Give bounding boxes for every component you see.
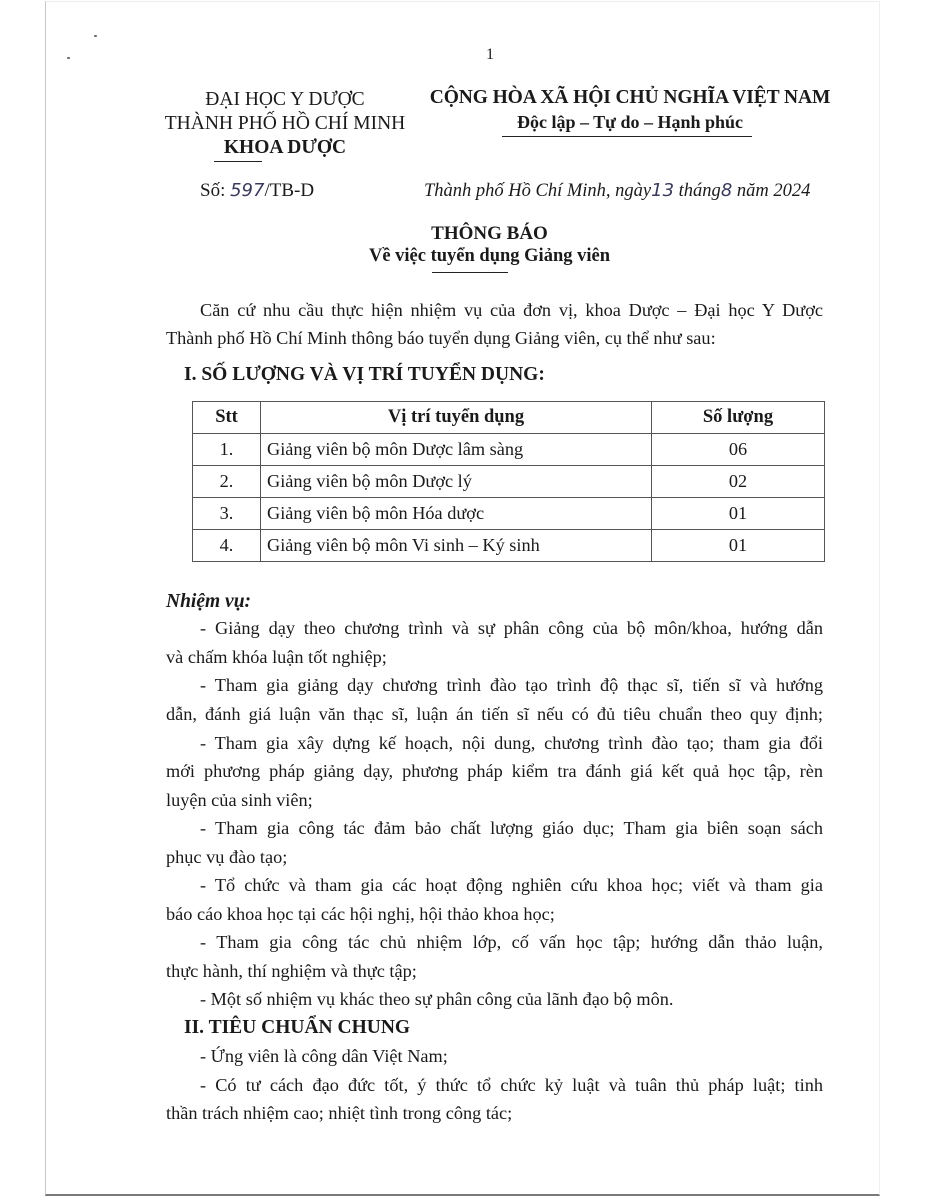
duty-line: dẫn, đánh giá luận văn thạc sĩ, luận án … bbox=[166, 704, 823, 725]
issuing-organization: ĐẠI HỌC Y DƯỢC THÀNH PHỐ HỒ CHÍ MINH KHO… bbox=[140, 88, 430, 160]
table-row: 2. Giảng viên bộ môn Dược lý 02 bbox=[193, 466, 825, 498]
motto-underline bbox=[502, 136, 752, 137]
duties-heading: Nhiệm vụ: bbox=[166, 591, 251, 613]
duty-line: - Một số nhiệm vụ khác theo sự phân công… bbox=[200, 989, 673, 1010]
cell-stt: 2. bbox=[193, 466, 261, 498]
duty-line: luyện của sinh viên; bbox=[166, 790, 313, 811]
faculty-underline bbox=[214, 161, 262, 162]
duty-line: - Giảng dạy theo chương trình và sự phân… bbox=[200, 618, 823, 639]
duty-line: báo cáo khoa học tại các hội nghị, hội t… bbox=[166, 904, 555, 925]
cell-position: Giảng viên bộ môn Hóa dược bbox=[261, 498, 652, 530]
cell-quantity: 01 bbox=[652, 530, 825, 562]
table-row: 1. Giảng viên bộ môn Dược lâm sàng 06 bbox=[193, 434, 825, 466]
subtitle-underline bbox=[432, 272, 508, 273]
org-city: THÀNH PHỐ HỒ CHÍ MINH bbox=[140, 112, 430, 136]
table-row: 4. Giảng viên bộ môn Vi sinh – Ký sinh 0… bbox=[193, 530, 825, 562]
document-date: Thành phố Hồ Chí Minh, ngày13 tháng8 năm… bbox=[424, 180, 810, 202]
section-1-heading: I. SỐ LƯỢNG VÀ VỊ TRÍ TUYỂN DỤNG: bbox=[184, 364, 545, 386]
document-title: THÔNG BÁO bbox=[0, 223, 927, 245]
cell-position: Giảng viên bộ môn Dược lâm sàng bbox=[261, 434, 652, 466]
intro-line: Thành phố Hồ Chí Minh thông báo tuyển dụ… bbox=[166, 328, 716, 349]
col-header-quantity: Số lượng bbox=[652, 402, 825, 434]
criteria-line: thần trách nhiệm cao; nhiệt tình trong c… bbox=[166, 1103, 512, 1124]
intro-line: Căn cứ nhu cầu thực hiện nhiệm vụ của đơ… bbox=[200, 300, 823, 321]
handwritten-month: 8 bbox=[721, 180, 732, 201]
org-university: ĐẠI HỌC Y DƯỢC bbox=[140, 88, 430, 112]
cell-position: Giảng viên bộ môn Dược lý bbox=[261, 466, 652, 498]
col-header-stt: Stt bbox=[193, 402, 261, 434]
cell-stt: 3. bbox=[193, 498, 261, 530]
duty-line: phục vụ đào tạo; bbox=[166, 847, 287, 868]
nation-name: CỘNG HÒA XÃ HỘI CHỦ NGHĨA VIỆT NAM bbox=[410, 86, 850, 110]
col-header-position: Vị trí tuyển dụng bbox=[261, 402, 652, 434]
duty-line: - Tham gia công tác chủ nhiệm lớp, cố vấ… bbox=[200, 932, 823, 953]
duty-line: mới phương pháp giảng dạy, phương pháp k… bbox=[166, 761, 823, 782]
handwritten-number: 597 bbox=[230, 180, 264, 201]
duty-line: - Tổ chức và tham gia các hoạt động nghi… bbox=[200, 875, 823, 896]
cell-stt: 1. bbox=[193, 434, 261, 466]
cell-quantity: 01 bbox=[652, 498, 825, 530]
duty-line: - Tham gia công tác đảm bảo chất lượng g… bbox=[200, 818, 823, 839]
document-number: Số: 597/TB-D bbox=[200, 180, 314, 202]
cell-quantity: 02 bbox=[652, 466, 825, 498]
org-faculty: KHOA DƯỢC bbox=[140, 136, 430, 160]
handwritten-day: 13 bbox=[651, 180, 674, 201]
recruitment-table: Stt Vị trí tuyển dụng Số lượng 1. Giảng … bbox=[192, 401, 825, 562]
cell-stt: 4. bbox=[193, 530, 261, 562]
scan-speck bbox=[94, 35, 97, 37]
duty-line: - Tham gia xây dựng kế hoạch, nội dung, … bbox=[200, 733, 823, 754]
criteria-line: - Có tư cách đạo đức tốt, ý thức tổ chức… bbox=[200, 1075, 823, 1096]
duty-line: thực hành, thí nghiệm và thực tập; bbox=[166, 961, 417, 982]
table-row: 3. Giảng viên bộ môn Hóa dược 01 bbox=[193, 498, 825, 530]
duty-line: - Tham gia giảng dạy chương trình đào tạ… bbox=[200, 675, 823, 696]
duty-line: và chấm khóa luận tốt nghiệp; bbox=[166, 647, 387, 668]
page-number: 1 bbox=[0, 46, 927, 64]
criteria-line: - Ứng viên là công dân Việt Nam; bbox=[200, 1046, 448, 1067]
document-subtitle: Về việc tuyển dụng Giảng viên bbox=[0, 246, 927, 267]
cell-position: Giảng viên bộ môn Vi sinh – Ký sinh bbox=[261, 530, 652, 562]
national-motto: Độc lập – Tự do – Hạnh phúc bbox=[410, 110, 850, 134]
section-2-heading: II. TIÊU CHUẨN CHUNG bbox=[184, 1017, 410, 1039]
national-header: CỘNG HÒA XÃ HỘI CHỦ NGHĨA VIỆT NAM Độc l… bbox=[410, 86, 850, 134]
table-header-row: Stt Vị trí tuyển dụng Số lượng bbox=[193, 402, 825, 434]
cell-quantity: 06 bbox=[652, 434, 825, 466]
